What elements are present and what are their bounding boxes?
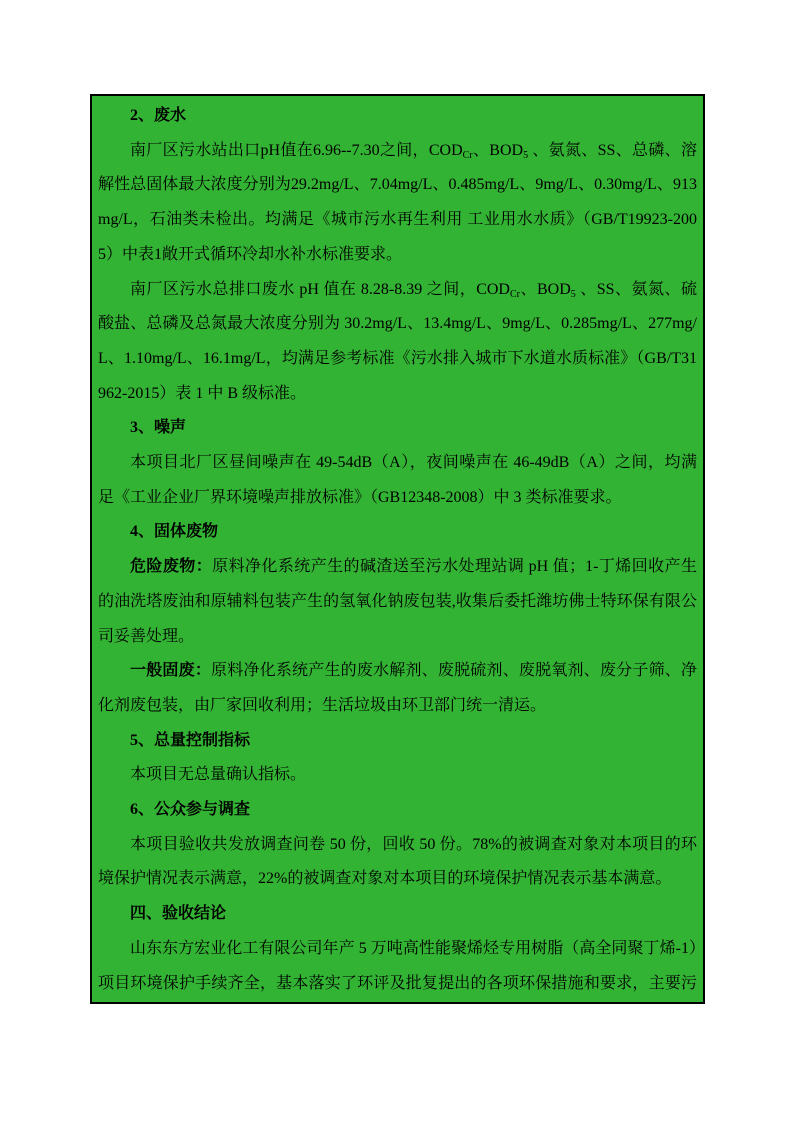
text-run: 南厂区污水站出口pH值在6.96--7.30之间，COD — [130, 142, 463, 159]
bold-text: 四、验收结论 — [130, 905, 226, 922]
section-heading: 四、验收结论 — [98, 897, 697, 932]
body-paragraph: 本项目验收共发放调查问卷 50 份，回收 50 份。78%的被调查对象对本项目的… — [98, 828, 697, 897]
section-heading: 2、废水 — [98, 99, 697, 134]
body-paragraph: 本项目北厂区昼间噪声在 49-54dB（A），夜间噪声在 46-49dB（A）之… — [98, 446, 697, 515]
subscript-text: Cr — [510, 289, 520, 300]
bold-text: 4、固体废物 — [130, 523, 218, 540]
bold-text: 3、噪声 — [130, 419, 186, 436]
body-paragraph: 南厂区污水站出口pH值在6.96--7.30之间，CODCr、BOD5 、氨氮、… — [98, 134, 697, 273]
bold-text: 危险废物： — [130, 558, 212, 575]
body-paragraph: 一般固废：原料净化系统产生的废水解剂、废脱硫剂、废脱氧剂、废分子筛、净化剂废包装… — [98, 654, 697, 723]
bold-text: 6、公众参与调查 — [130, 801, 250, 818]
section-heading: 3、噪声 — [98, 411, 697, 446]
document-page: 2、废水南厂区污水站出口pH值在6.96--7.30之间，CODCr、BOD5 … — [0, 0, 794, 1123]
body-paragraph: 本项目无总量确认指标。 — [98, 758, 697, 793]
text-run: 本项目验收共发放调查问卷 50 份，回收 50 份。78%的被调查对象对本项目的… — [98, 836, 697, 888]
bold-text: 一般固废： — [130, 662, 211, 679]
text-run: 、氨氮、SS、总磷、溶解性总固体最大浓度分别为29.2mg/L、7.04mg/L… — [98, 142, 697, 263]
body-paragraph: 山东东方宏业化工有限公司年产 5 万吨高性能聚烯烃专用树脂（高全同聚丁烯-1）项… — [98, 932, 697, 1004]
section-heading: 4、固体废物 — [98, 515, 697, 550]
text-run: 本项目无总量确认指标。 — [130, 766, 306, 783]
text-run: 山东东方宏业化工有限公司年产 5 万吨高性能聚烯烃专用树脂（高全同聚丁烯-1）项… — [98, 940, 697, 1004]
document-cell: 2、废水南厂区污水站出口pH值在6.96--7.30之间，CODCr、BOD5 … — [90, 94, 705, 1004]
text-run: 本项目北厂区昼间噪声在 49-54dB（A），夜间噪声在 46-49dB（A）之… — [98, 454, 697, 506]
subscript-text: Cr — [463, 150, 473, 161]
text-run: 、BOD — [473, 142, 523, 159]
bold-text: 5、总量控制指标 — [130, 732, 250, 749]
text-run: 、BOD — [520, 281, 571, 298]
section-heading: 5、总量控制指标 — [98, 724, 697, 759]
bold-text: 2、废水 — [130, 107, 186, 124]
text-run: 、SS、氨氮、硫酸盐、总磷及总氮最大浓度分别为 30.2mg/L、13.4mg/… — [98, 281, 697, 402]
body-paragraph: 危险废物：原料净化系统产生的碱渣送至污水处理站调 pH 值；1-丁烯回收产生的油… — [98, 550, 697, 654]
body-paragraph: 南厂区污水总排口废水 pH 值在 8.28-8.39 之间，CODCr、BOD5… — [98, 273, 697, 412]
section-heading: 6、公众参与调查 — [98, 793, 697, 828]
text-run: 南厂区污水总排口废水 pH 值在 8.28-8.39 之间，COD — [130, 281, 510, 298]
